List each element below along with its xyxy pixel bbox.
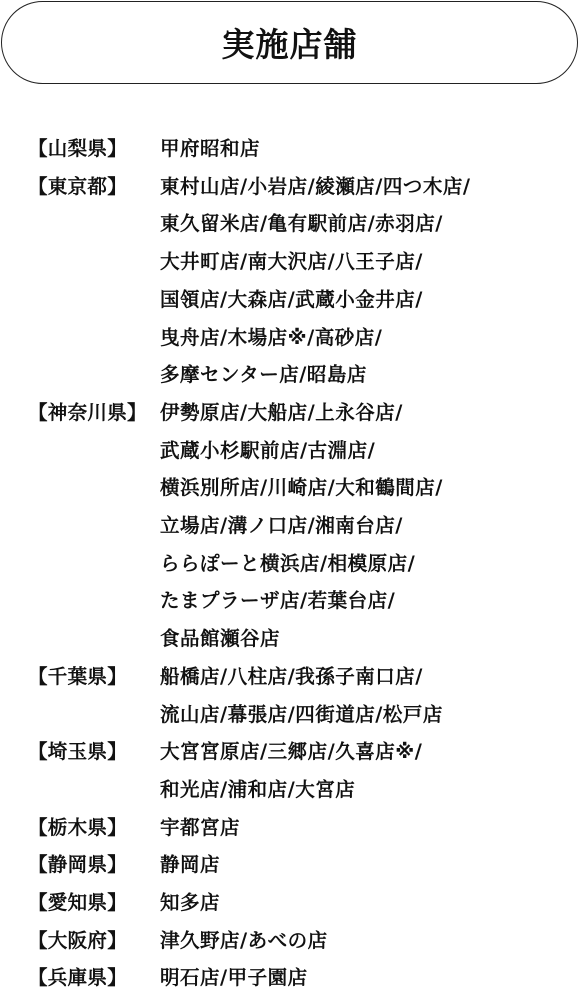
store-line: 知多店 xyxy=(160,884,573,922)
store-line: ららぽーと横浜店/相模原店/ xyxy=(160,545,573,583)
prefecture-label: 【愛知県】 xyxy=(28,884,160,922)
prefecture-label: 【千葉県】 xyxy=(28,658,160,696)
store-names: 静岡店 xyxy=(160,846,573,884)
store-line: 甲府昭和店 xyxy=(160,130,573,168)
prefecture-row-yamanashi: 【山梨県】 甲府昭和店 xyxy=(28,130,573,168)
prefecture-row-saitama: 【埼玉県】 大宮宮原店/三郷店/久喜店※/ 和光店/浦和店/大宮店 xyxy=(28,733,573,808)
prefecture-label: 【静岡県】 xyxy=(28,846,160,884)
prefecture-label: 【栃木県】 xyxy=(28,809,160,847)
store-names: 大宮宮原店/三郷店/久喜店※/ 和光店/浦和店/大宮店 xyxy=(160,733,573,808)
store-line: 津久野店/あべの店 xyxy=(160,922,573,960)
prefecture-row-tokyo: 【東京都】 東村山店/小岩店/綾瀬店/四つ木店/ 東久留米店/亀有駅前店/赤羽店… xyxy=(28,168,573,394)
prefecture-row-chiba: 【千葉県】 船橋店/八柱店/我孫子南口店/ 流山店/幕張店/四街道店/松戸店 xyxy=(28,658,573,733)
prefecture-label: 【埼玉県】 xyxy=(28,733,160,771)
prefecture-row-kanagawa: 【神奈川県】 伊勢原店/大船店/上永谷店/ 武蔵小杉駅前店/古淵店/ 横浜別所店… xyxy=(28,394,573,658)
store-line: 食品館瀬谷店 xyxy=(160,620,573,658)
prefecture-label: 【大阪府】 xyxy=(28,922,160,960)
store-line: 東村山店/小岩店/綾瀬店/四つ木店/ xyxy=(160,168,573,206)
store-line: 大井町店/南大沢店/八王子店/ xyxy=(160,243,573,281)
store-names: 甲府昭和店 xyxy=(160,130,573,168)
prefecture-label: 【神奈川県】 xyxy=(28,394,160,432)
store-line: 和光店/浦和店/大宮店 xyxy=(160,771,573,809)
store-names: 明石店/甲子園店 xyxy=(160,959,573,997)
page-title: 実施店舗 xyxy=(222,19,358,66)
store-names: 津久野店/あべの店 xyxy=(160,922,573,960)
store-line: たまプラーザ店/若葉台店/ xyxy=(160,582,573,620)
prefecture-row-shizuoka: 【静岡県】 静岡店 xyxy=(28,846,573,884)
prefecture-row-hyogo: 【兵庫県】 明石店/甲子園店 xyxy=(28,959,573,997)
store-line: 船橋店/八柱店/我孫子南口店/ xyxy=(160,658,573,696)
store-line: 横浜別所店/川崎店/大和鶴間店/ xyxy=(160,469,573,507)
store-line: 立場店/溝ノ口店/湘南台店/ xyxy=(160,507,573,545)
prefecture-label: 【兵庫県】 xyxy=(28,959,160,997)
store-names: 東村山店/小岩店/綾瀬店/四つ木店/ 東久留米店/亀有駅前店/赤羽店/ 大井町店… xyxy=(160,168,573,394)
store-names: 宇都宮店 xyxy=(160,809,573,847)
store-line: 宇都宮店 xyxy=(160,809,573,847)
store-line: 武蔵小杉駅前店/古淵店/ xyxy=(160,432,573,470)
store-line: 国領店/大森店/武蔵小金井店/ xyxy=(160,281,573,319)
store-line: 流山店/幕張店/四街道店/松戸店 xyxy=(160,696,573,734)
prefecture-label: 【東京都】 xyxy=(28,168,160,206)
store-line: 東久留米店/亀有駅前店/赤羽店/ xyxy=(160,205,573,243)
prefecture-row-osaka: 【大阪府】 津久野店/あべの店 xyxy=(28,922,573,960)
store-line: 明石店/甲子園店 xyxy=(160,959,573,997)
prefecture-label: 【山梨県】 xyxy=(28,130,160,168)
prefecture-row-aichi: 【愛知県】 知多店 xyxy=(28,884,573,922)
store-names: 知多店 xyxy=(160,884,573,922)
store-line: 静岡店 xyxy=(160,846,573,884)
store-line: 多摩センター店/昭島店 xyxy=(160,356,573,394)
prefecture-row-tochigi: 【栃木県】 宇都宮店 xyxy=(28,809,573,847)
title-banner: 実施店舗 xyxy=(1,1,578,84)
store-names: 伊勢原店/大船店/上永谷店/ 武蔵小杉駅前店/古淵店/ 横浜別所店/川崎店/大和… xyxy=(160,394,573,658)
store-list: 【山梨県】 甲府昭和店 【東京都】 東村山店/小岩店/綾瀬店/四つ木店/ 東久留… xyxy=(28,130,573,997)
store-names: 船橋店/八柱店/我孫子南口店/ 流山店/幕張店/四街道店/松戸店 xyxy=(160,658,573,733)
store-line: 曳舟店/木場店※/高砂店/ xyxy=(160,319,573,357)
store-line: 伊勢原店/大船店/上永谷店/ xyxy=(160,394,573,432)
store-line: 大宮宮原店/三郷店/久喜店※/ xyxy=(160,733,573,771)
